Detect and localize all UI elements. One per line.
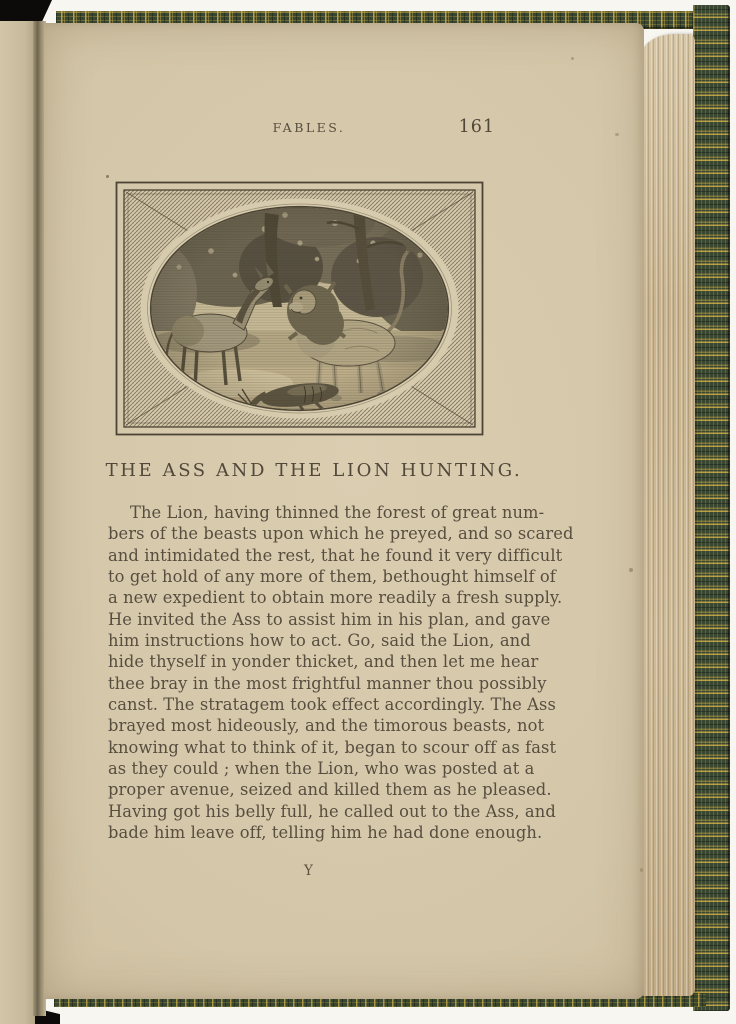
foxing-spot <box>640 868 643 872</box>
foxing-spot <box>629 568 633 572</box>
body-line: The Lion, having thinned the forest of g… <box>108 502 510 523</box>
book-scan: FABLES. 161 <box>0 0 736 1024</box>
binding-edge-right <box>693 5 730 1011</box>
foxing-spot <box>615 133 619 136</box>
body-line: canst. The stratagem took effect accordi… <box>108 694 510 715</box>
foxing-spot <box>571 57 574 60</box>
facing-page-edge <box>0 21 35 1024</box>
fore-edge-pages <box>641 34 695 996</box>
body-line: knowing what to think of it, began to sc… <box>108 737 510 758</box>
body-line: a new expedient to obtain more readily a… <box>108 587 510 608</box>
signature-mark: Y <box>108 863 510 879</box>
fable-illustration-engraving <box>115 181 484 436</box>
body-line: and intimidated the rest, that he found … <box>108 545 510 566</box>
running-title: FABLES. <box>107 120 511 135</box>
body-line: to get hold of any more of them, bethoug… <box>108 566 510 587</box>
body-line: brayed most hideously, and the timorous … <box>108 715 510 736</box>
fable-title: THE ASS AND THE LION HUNTING. <box>84 460 544 481</box>
body-line: him instructions how to act. Go, said th… <box>108 630 510 651</box>
foxing-spot <box>106 175 109 178</box>
fable-body: The Lion, having thinned the forest of g… <box>108 502 510 844</box>
body-line: bade him leave off, telling him he had d… <box>108 822 510 843</box>
body-line: thee bray in the most frightful manner t… <box>108 673 510 694</box>
body-line: hide thyself in yonder thicket, and then… <box>108 651 510 672</box>
body-line: Having got his belly full, he called out… <box>108 801 510 822</box>
body-line: He invited the Ass to assist him in his … <box>108 609 510 630</box>
book-page: FABLES. 161 <box>44 23 644 999</box>
page-header: FABLES. 161 <box>107 120 511 142</box>
body-line: proper avenue, seized and killed them as… <box>108 779 510 800</box>
body-line: bers of the beasts upon which he preyed,… <box>108 523 510 544</box>
body-line: as they could ; when the Lion, who was p… <box>108 758 510 779</box>
page-number: 161 <box>459 117 495 137</box>
